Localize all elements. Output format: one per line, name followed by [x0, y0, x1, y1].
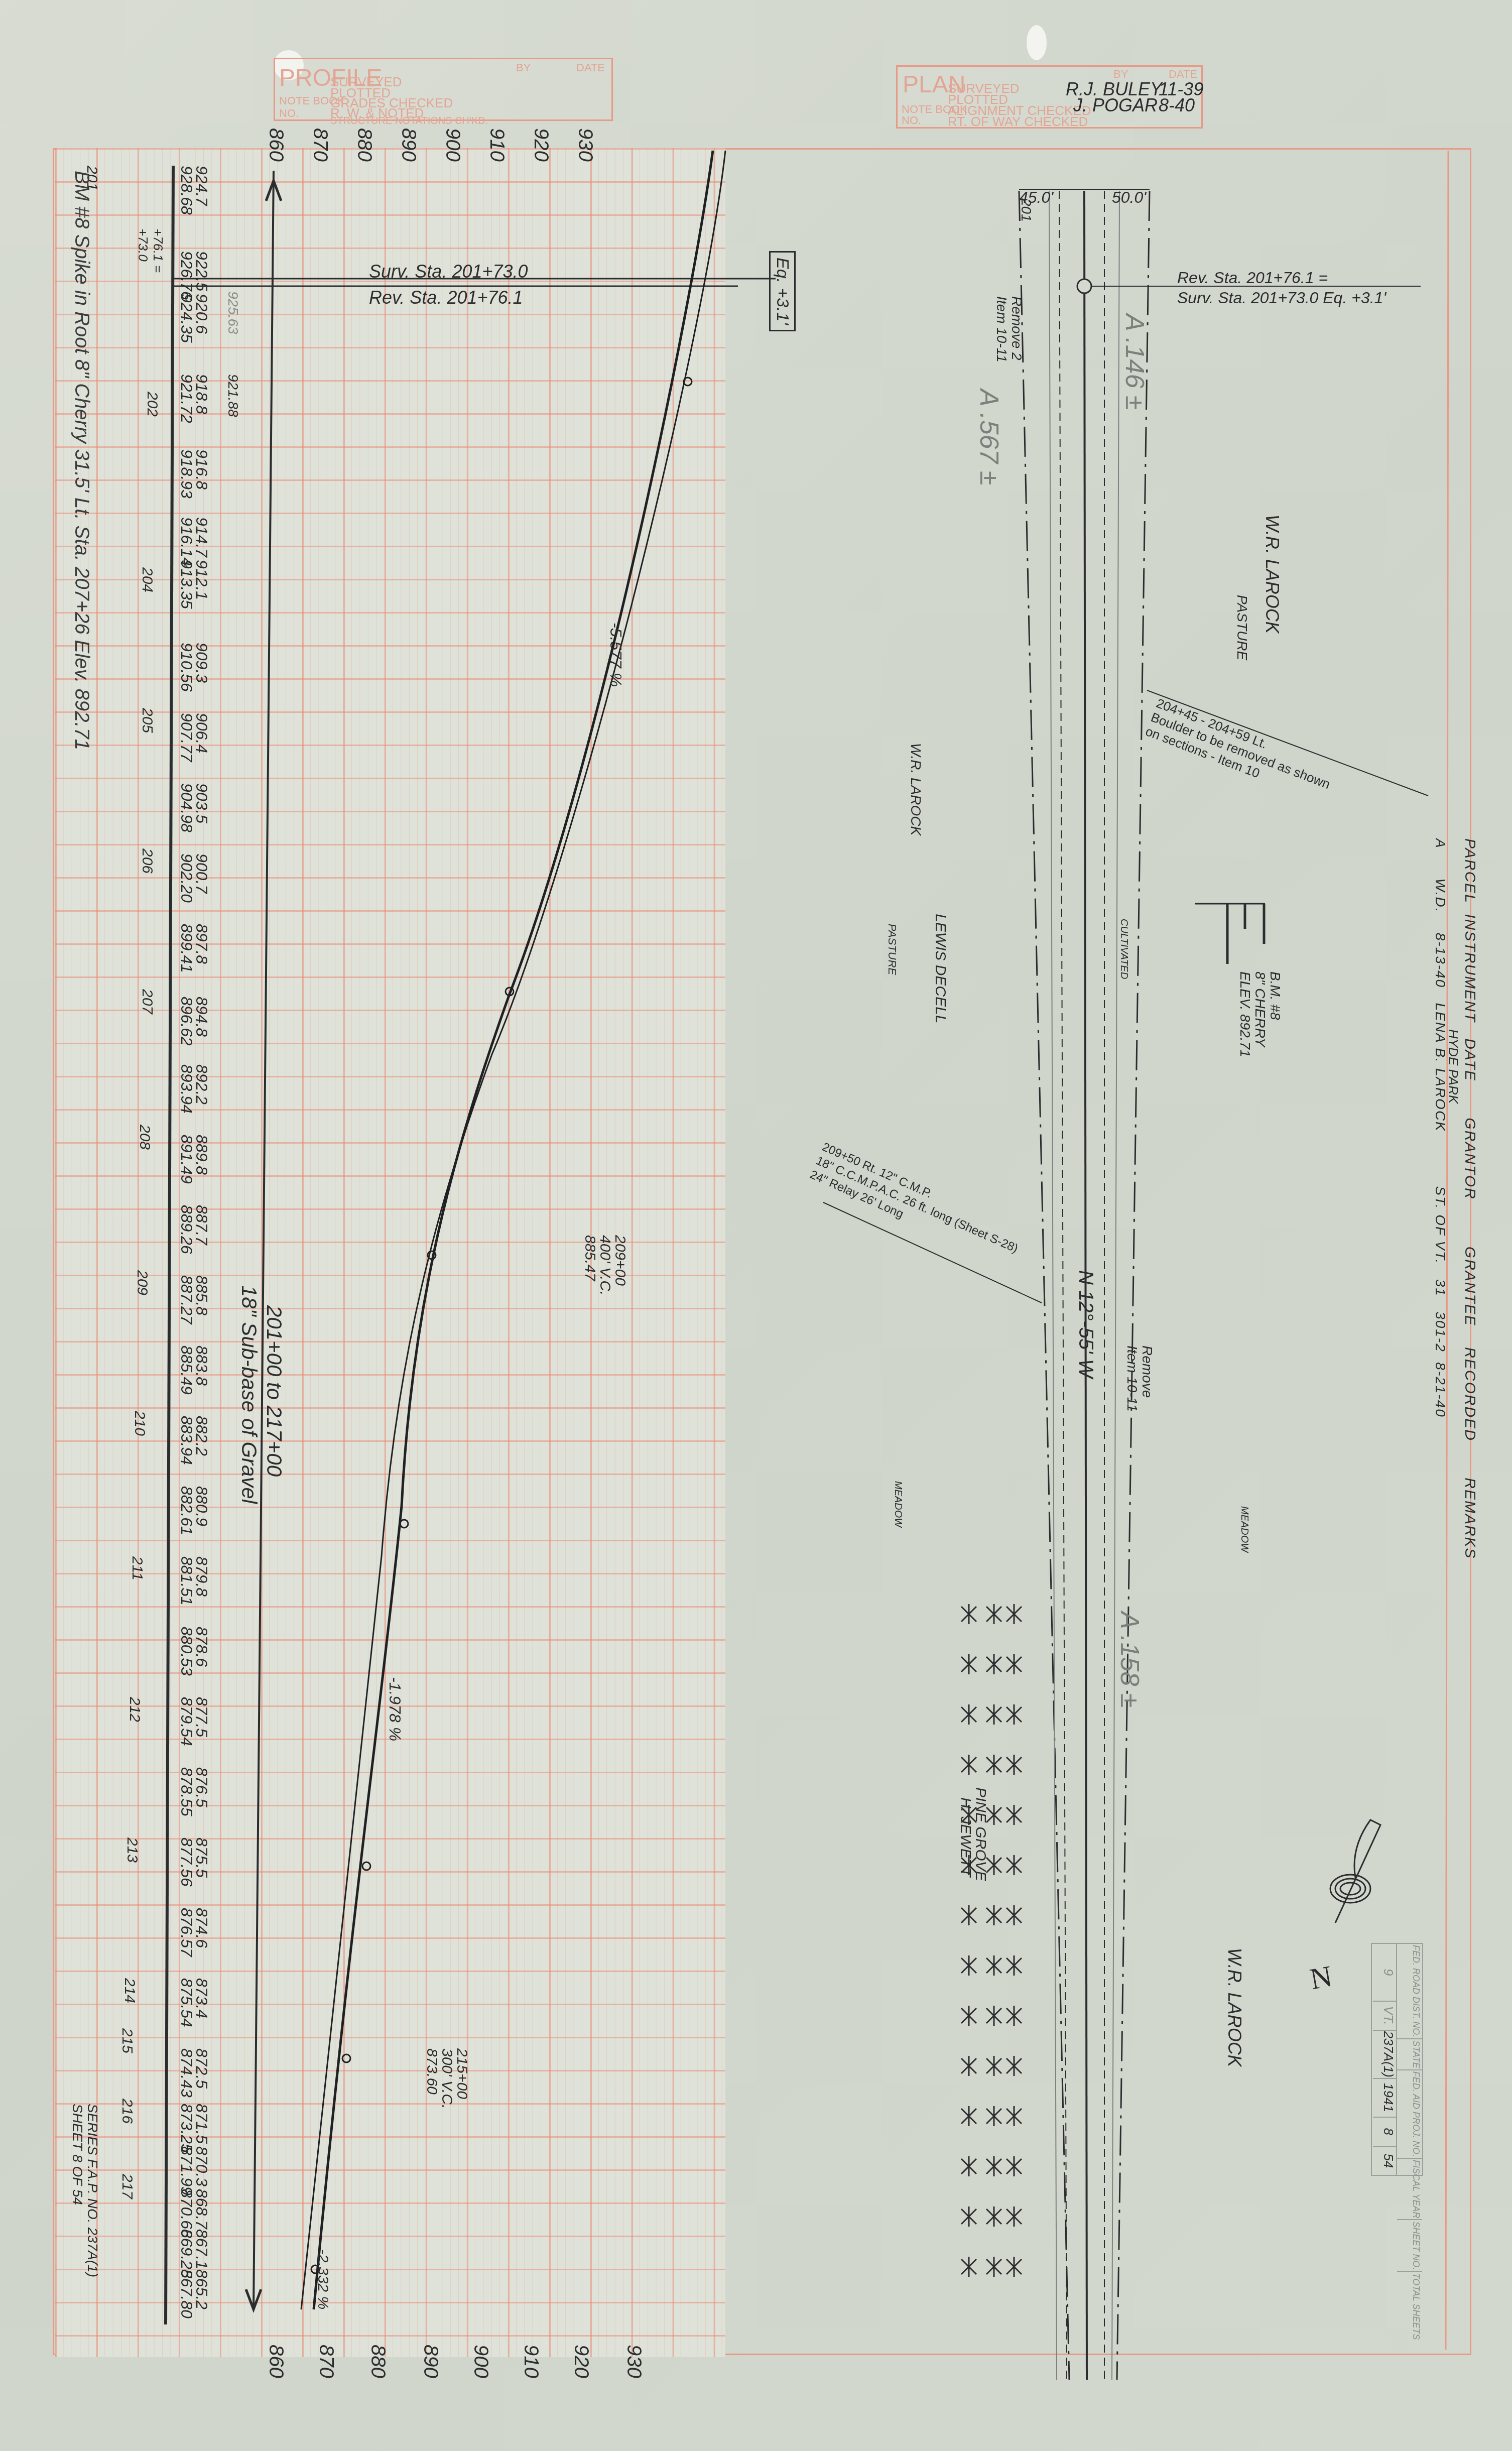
owner-label: LEWIS DECELL: [932, 914, 949, 1023]
benchmark-note: BM #8 Spike in Root 8" Cherry 31.5' Lt. …: [70, 171, 93, 750]
row-table-header: PARCEL INSTRUMENT DATE GRANTOR GRANTEE R…: [1461, 838, 1478, 1559]
area-label: A .146 ±: [1119, 314, 1150, 410]
rev-sta-note: Rev. Sta. 201+76.1 =: [1177, 269, 1328, 287]
grade-elevation: 878.55: [177, 1767, 196, 1816]
station-label: 204: [139, 567, 156, 592]
grade-elevation: 918.93: [177, 449, 196, 499]
remove-line: Remove: [1140, 1345, 1155, 1412]
owner-label: W.R. LAROCK: [1224, 1948, 1245, 2067]
grade-elevation: 867.80: [177, 2269, 196, 2318]
station-label: 208: [136, 1125, 153, 1150]
station-label: 207: [139, 989, 156, 1014]
remove-item: Item 10-11: [994, 296, 1009, 362]
val-sheet: 8: [1373, 2118, 1396, 2147]
surv-sta-label: Surv. Sta. 201+73.0: [369, 261, 528, 282]
cultivated-label: CULTIVATED: [1118, 919, 1129, 979]
grade-elevation: 876.57: [177, 1908, 196, 1957]
owner-label: W.R. LAROCK: [1262, 515, 1283, 634]
bm-number: B.M. #8: [1268, 971, 1283, 1057]
cell-grantee: ST. OF VT.: [1433, 1186, 1448, 1264]
station-label: 214: [121, 1978, 138, 2003]
station-label: 212: [126, 1697, 143, 1722]
val-year: 1941: [1373, 2079, 1396, 2118]
val-state: VT.: [1373, 2002, 1396, 2031]
vc-elevation: 873.60: [424, 2048, 439, 2109]
grade-elevation: 896.62: [177, 997, 196, 1046]
grade-elevation: 926.76: [177, 251, 196, 300]
station-label: 215: [118, 2028, 136, 2053]
grade-label: -1.978 %: [386, 1677, 404, 1741]
vertical-curve-1: 209+00 400' V.C. 885.47: [582, 1235, 627, 1295]
grade-elevation: 877.56: [177, 1837, 196, 1887]
grade-elevation: 874.43: [177, 2048, 196, 2098]
grade-elevation: 885.49: [177, 1345, 196, 1395]
grade-elevation: 904.98: [177, 783, 196, 832]
grade-elevation: 893.94: [177, 1064, 196, 1114]
grade-elevation: 887.27: [177, 1275, 196, 1324]
equation-note: +76.1 =: [150, 228, 166, 273]
vertical-curve-2: 215+00 300' V.C. 873.60: [424, 2048, 469, 2109]
project-table-values: 9 VT. 237A(1) 1941 8 54: [1373, 1944, 1396, 2175]
remove-line: Remove 2: [1009, 296, 1024, 362]
grade-elevation: 902.20: [177, 853, 196, 903]
val-proj: 237A(1): [1373, 2031, 1396, 2079]
hdr-total: TOTAL SHEETS: [1397, 2272, 1422, 2341]
extra-elevation: 921.88: [225, 374, 241, 417]
bm-elevation: ELEV. 892.71: [1237, 971, 1252, 1057]
sheet-note: SHEET 8 OF 54: [69, 2104, 85, 2205]
hdr-dist: FED. ROAD DIST. NO.: [1397, 1944, 1422, 2039]
hdr-sheet: SHEET NO.: [1397, 2220, 1422, 2272]
offset-label: 45.0': [1019, 188, 1053, 207]
owner-label: W.R. LAROCK: [908, 743, 924, 835]
grade-elevation: 879.54: [177, 1697, 196, 1746]
land-use-label: PASTURE: [1234, 595, 1250, 660]
grade-elevation: 881.51: [177, 1556, 196, 1606]
station-label: 205: [139, 708, 156, 733]
hdr-date: DATE: [1462, 1038, 1478, 1081]
station-label: 211: [129, 1556, 146, 1580]
north-arrow-icon: [1330, 1820, 1380, 1923]
land-use-label: PASTURE: [886, 924, 899, 975]
bm-tree: 8" CHERRY: [1252, 971, 1268, 1057]
drawing-sheet: PROFILE SURVEYED PLOTTED GRADES CHECKED …: [0, 0, 1512, 2451]
grade-elevation: 924.35: [177, 294, 196, 343]
area-label: A .158 ±: [1114, 1612, 1145, 1707]
owner-label: H. JEWETT: [957, 1797, 974, 1877]
offset-label: 50.0': [1112, 188, 1146, 207]
grade-elevation: 871.99: [177, 2146, 196, 2195]
grade-elevation: 928.68: [177, 166, 196, 215]
station-label: 216: [118, 2099, 136, 2124]
hdr-state: STATE: [1397, 2039, 1422, 2070]
meadow-label: MEADOW: [892, 1481, 904, 1527]
pine-tree-icons: [961, 1604, 1022, 2277]
area-label: A .567 ±: [974, 389, 1004, 485]
grade-elevation: 910.56: [177, 643, 196, 692]
vc-station: 209+00: [612, 1235, 627, 1295]
surv-sta-note: Surv. Sta. 201+73.0 Eq. +3.1': [1177, 289, 1386, 307]
grade-elevation: 907.77: [177, 713, 196, 762]
remove-note-1: Remove 2 Item 10-11: [994, 296, 1024, 362]
grade-elevation: 882.61: [177, 1486, 196, 1535]
subbase-note: 201+00 to 217+00: [262, 1305, 286, 1477]
hdr-proj: FED. AID PROJ. NO.: [1397, 2070, 1422, 2159]
hdr-remarks: REMARKS: [1462, 1478, 1478, 1559]
series-note: SERIES F.A.P. NO. 237A(1): [84, 2104, 100, 2277]
grade-label: -5.577 %: [606, 623, 625, 687]
vc-elevation: 885.47: [582, 1235, 597, 1295]
grade-elevation: 913.35: [177, 560, 196, 609]
cell-parcel: A: [1433, 838, 1448, 849]
cell-book: 31: [1433, 1279, 1448, 1297]
project-table: FED. ROAD DIST. NO. STATE FED. AID PROJ.…: [1371, 1943, 1423, 2176]
grade-elevation: 891.49: [177, 1135, 196, 1184]
vc-station: 215+00: [454, 2048, 469, 2109]
vc-length: 300' V.C.: [439, 2048, 454, 2109]
hdr-instrument: INSTRUMENT: [1462, 914, 1478, 1023]
remove-item: Item 10-11: [1124, 1345, 1140, 1412]
grade-elevation: 875.54: [177, 1978, 196, 2027]
row-table-row: A W.D. 8-13-40 LENA B. LAROCK ST. OF VT.…: [1432, 838, 1448, 1418]
equation-elevation: 925.63: [225, 291, 241, 334]
grade-elevation: 921.72: [177, 374, 196, 423]
station-label: 202: [144, 392, 161, 417]
hdr-year: FISCAL YEAR: [1397, 2159, 1422, 2220]
station-label: 209: [134, 1270, 151, 1295]
grade-elevation: 883.94: [177, 1416, 196, 1465]
hdr-grantor: GRANTOR: [1462, 1118, 1478, 1199]
grade-elevation: 916.14: [177, 517, 196, 566]
hdr-grantee: GRANTEE: [1462, 1247, 1478, 1326]
val-total: 54: [1373, 2147, 1396, 2175]
station-label: 206: [139, 848, 156, 874]
rev-sta-label: Rev. Sta. 201+76.1: [369, 287, 523, 308]
equation-box: Eq. +3.1': [769, 251, 796, 331]
hdr-parcel: PARCEL: [1462, 838, 1478, 904]
cell-grantor: LENA B. LAROCK: [1433, 1003, 1448, 1132]
grade-elevation: 889.26: [177, 1205, 196, 1254]
project-table-header: FED. ROAD DIST. NO. STATE FED. AID PROJ.…: [1396, 1944, 1422, 2175]
grade-elevation: 880.53: [177, 1627, 196, 1676]
grade-label: -2.332 %: [314, 2249, 331, 2309]
station-label: 217: [118, 2174, 136, 2199]
station-label: 210: [131, 1411, 148, 1436]
grade-elevation: 899.41: [177, 924, 196, 973]
land-use-label: MEADOW: [1238, 1506, 1250, 1552]
grade-elevation: 873.25: [177, 2104, 196, 2153]
cell-instrument: W.D.: [1433, 878, 1448, 913]
val-dist: 9: [1373, 1944, 1396, 2002]
land-use-label: PINE GROVE: [972, 1787, 989, 1881]
bm-box: B.M. #8 8" CHERRY ELEV. 892.71: [1237, 971, 1283, 1057]
equation-note: +73.0: [135, 228, 151, 262]
vc-length: 400' V.C.: [597, 1235, 612, 1295]
bearing-label: N 12°-55' W: [1074, 1270, 1097, 1378]
station-label: 213: [123, 1837, 141, 1863]
subbase-note: 18" Sub-base of Gravel: [237, 1285, 261, 1504]
drawing-linework: [0, 0, 1512, 2451]
cell-date: 8-13-40: [1433, 933, 1448, 989]
remove-note-2: Remove Item 10-11: [1124, 1345, 1155, 1412]
cell-rec-date: 8-21-40: [1433, 1362, 1448, 1418]
cell-page: 301-2: [1433, 1311, 1448, 1353]
hdr-recorded: RECORDED: [1462, 1347, 1478, 1441]
